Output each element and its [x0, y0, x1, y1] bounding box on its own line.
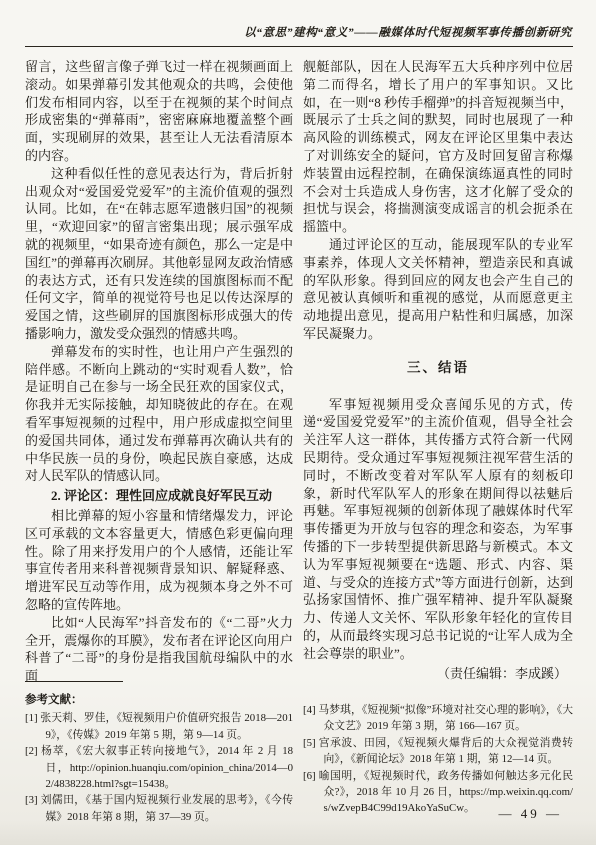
paragraph: 军事短视频用受众喜闻乐见的方式，传递“爱国爱党爱军”的主流价值观，倡导全社会关注…	[303, 396, 573, 663]
paragraph: 相比弹幕的短小容量和情绪爆发力，评论区可承载的文本容量更大，情感色彩更偏向理性。…	[25, 507, 293, 614]
references-label: 参考文献：	[25, 692, 293, 708]
reference-item: [4] 马梦琪，《短视频“拟像”环境对社交心理的影响》，《大众文艺》2019 年…	[303, 702, 573, 735]
paragraph-continuation: 舰艇部队，因在人民海军五大兵种序列中位居第二而得名，增长了用户的军事知识。又比如…	[303, 58, 573, 236]
reference-item: [1] 张天莉、罗佳，《短视频用户价值研究报告 2018—2019》，《传媒》2…	[25, 710, 293, 743]
reference-item: [5] 宫承波、田园，《短视频火爆背后的大众视觉消费转向》，《新闻论坛》2018…	[303, 735, 573, 768]
paragraph: 比如“人民海军”抖音发布的《“二哥”火力全开，震爆你的耳膜》，发布者在评论区向用…	[25, 614, 293, 685]
journal-page: 以“意思”建构“意义”——融媒体时代短视频军事传播创新研究 留言，这些留言像子弹…	[0, 0, 596, 845]
section-heading-conclusion: 三、结语	[303, 359, 573, 377]
responsible-editor-note: （责任编辑：李成蹊）	[303, 665, 573, 683]
references-divider-rule	[25, 681, 123, 682]
reference-item: [3] 刘儒田，《基于国内短视频行业发展的思考》，《今传媒》2018 年第 8 …	[25, 792, 293, 825]
paragraph-continuation: 留言，这些留言像子弹飞过一样在视频画面上滚动。如果弹幕引发其他观众的共鸣，会使他…	[25, 58, 293, 165]
paragraph: 弹幕发布的实时性，也让用户产生强烈的陪伴感。不断向上跳动的“实时观看人数”，恰是…	[25, 343, 293, 485]
header-rule	[25, 46, 573, 47]
page-number: — 49 —	[499, 806, 563, 822]
right-column: 舰艇部队，因在人民海军五大兵种序列中位居第二而得名，增长了用户的军事知识。又比如…	[303, 58, 573, 682]
reference-item: [2] 杨萃，《宏大叙事正转向接地气》，2014 年 2 月 18 日，http…	[25, 743, 293, 792]
references-left: 参考文献： [1] 张天莉、罗佳，《短视频用户价值研究报告 2018—2019》…	[25, 692, 293, 825]
references-right: [4] 马梦琪，《短视频“拟像”环境对社交心理的影响》，《大众文艺》2019 年…	[303, 702, 573, 817]
paragraph: 通过评论区的互动，能展现军队的专业军事素养，体现人文关怀精神，塑造亲民和真诚的军…	[303, 236, 573, 343]
paragraph: 这种看似任性的意见表达行为，背后折射出观众对“爱国爱党爱军”的主流价值观的强烈认…	[25, 165, 293, 343]
subsection-heading: 2. 评论区：理性回应成就良好军民互动	[25, 487, 293, 505]
running-title: 以“意思”建构“意义”——融媒体时代短视频军事传播创新研究	[244, 24, 572, 40]
left-column: 留言，这些留言像子弹飞过一样在视频画面上滚动。如果弹幕引发其他观众的共鸣，会使他…	[25, 58, 293, 685]
